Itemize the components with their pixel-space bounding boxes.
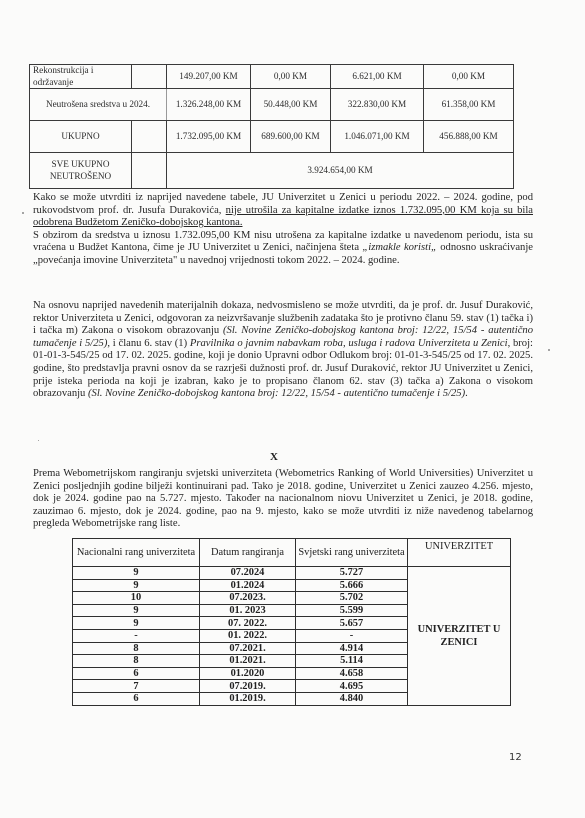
row-label: Rekonstrukcija i održavanje	[30, 65, 132, 89]
scan-speck	[38, 440, 39, 441]
world-rank-cell: 5.666	[296, 579, 408, 592]
table-row-total: SVE UKUPNO NEUTROŠENO 3.924.654,00 KM	[30, 153, 514, 189]
table-header-row: Nacionalni rang univerziteta Datum rangi…	[73, 539, 511, 567]
ranking-date-cell: 07. 2022.	[200, 617, 296, 630]
national-rank-cell: 6	[73, 667, 200, 680]
cell-value: 1.046.071,00 KM	[331, 121, 424, 153]
world-rank-cell: 5.702	[296, 592, 408, 605]
world-rank-cell: -	[296, 629, 408, 642]
total-label: SVE UKUPNO NEUTROŠENO	[30, 153, 132, 189]
national-rank-cell: -	[73, 629, 200, 642]
ranking-date-cell: 01.2021.	[200, 655, 296, 668]
document-page: Rekonstrukcija i održavanje 149.207,00 K…	[0, 0, 585, 818]
table-row: Rekonstrukcija i održavanje 149.207,00 K…	[30, 65, 514, 89]
ranking-date-cell: 01.2019.	[200, 692, 296, 705]
ranking-table: Nacionalni rang univerziteta Datum rangi…	[72, 538, 511, 706]
row-label: UKUPNO	[30, 121, 132, 153]
national-rank-cell: 9	[73, 604, 200, 617]
cell-value: 1.732.095,00 KM	[167, 121, 251, 153]
table-row: UKUPNO 1.732.095,00 KM 689.600,00 KM 1.0…	[30, 121, 514, 153]
cell-value: 50.448,00 KM	[251, 89, 331, 121]
page-number: 12	[509, 752, 522, 763]
ranking-date-cell: 07.2021.	[200, 642, 296, 655]
cell-value: 1.326.248,00 KM	[167, 89, 251, 121]
university-name-cell: UNIVERZITET U ZENICI	[408, 567, 511, 706]
row-label: Neutrošena sredstva u 2024.	[30, 89, 167, 121]
section-heading: X	[270, 451, 278, 463]
cell-value: 6.621,00 KM	[331, 65, 424, 89]
world-rank-cell: 4.840	[296, 692, 408, 705]
paragraph-responsibility: Na osnovu naprijed navedenih materijalni…	[33, 300, 533, 401]
ranking-date-cell: 01.2024	[200, 579, 296, 592]
world-rank-cell: 4.914	[296, 642, 408, 655]
table-row: Neutrošena sredstva u 2024. 1.326.248,00…	[30, 89, 514, 121]
cell-value: 689.600,00 KM	[251, 121, 331, 153]
national-rank-cell: 8	[73, 642, 200, 655]
ranking-date-cell: 01. 2022.	[200, 629, 296, 642]
cell-value: 0,00 KM	[251, 65, 331, 89]
national-rank-cell: 9	[73, 579, 200, 592]
national-rank-cell: 9	[73, 567, 200, 580]
cell-value: 61.358,00 KM	[424, 89, 514, 121]
ranking-date-cell: 07.2023.	[200, 592, 296, 605]
paragraph-webometrics: Prema Webometrijskom rangiranju svjetski…	[33, 468, 533, 531]
column-header: Nacionalni rang univerziteta	[73, 539, 200, 567]
ranking-date-cell: 07.2019.	[200, 680, 296, 693]
finance-table: Rekonstrukcija i održavanje 149.207,00 K…	[29, 64, 514, 189]
world-rank-cell: 5.727	[296, 567, 408, 580]
ranking-date-cell: 01. 2023	[200, 604, 296, 617]
ranking-date-cell: 07.2024	[200, 567, 296, 580]
national-rank-cell: 7	[73, 680, 200, 693]
scan-speck	[548, 349, 550, 351]
column-header: UNIVERZITET	[408, 539, 511, 567]
ranking-table-body: 907.20245.727UNIVERZITET U ZENICI901.202…	[73, 567, 511, 706]
world-rank-cell: 5.114	[296, 655, 408, 668]
world-rank-cell: 5.657	[296, 617, 408, 630]
world-rank-cell: 5.599	[296, 604, 408, 617]
scan-speck	[22, 212, 24, 214]
world-rank-cell: 4.658	[296, 667, 408, 680]
national-rank-cell: 6	[73, 692, 200, 705]
cell-value: 322.830,00 KM	[331, 89, 424, 121]
national-rank-cell: 9	[73, 617, 200, 630]
table-row: 907.20245.727UNIVERZITET U ZENICI	[73, 567, 511, 580]
cell-value: 149.207,00 KM	[167, 65, 251, 89]
cell-value: 456.888,00 KM	[424, 121, 514, 153]
total-value: 3.924.654,00 KM	[167, 153, 514, 189]
column-header: Datum rangiranja	[200, 539, 296, 567]
ranking-date-cell: 01.2020	[200, 667, 296, 680]
national-rank-cell: 8	[73, 655, 200, 668]
world-rank-cell: 4.695	[296, 680, 408, 693]
cell-value: 0,00 KM	[424, 65, 514, 89]
national-rank-cell: 10	[73, 592, 200, 605]
column-header: Svjetski rang univerziteta	[296, 539, 408, 567]
paragraph-unspent-funds: Kako se može utvrditi iz naprijed navede…	[33, 192, 533, 268]
